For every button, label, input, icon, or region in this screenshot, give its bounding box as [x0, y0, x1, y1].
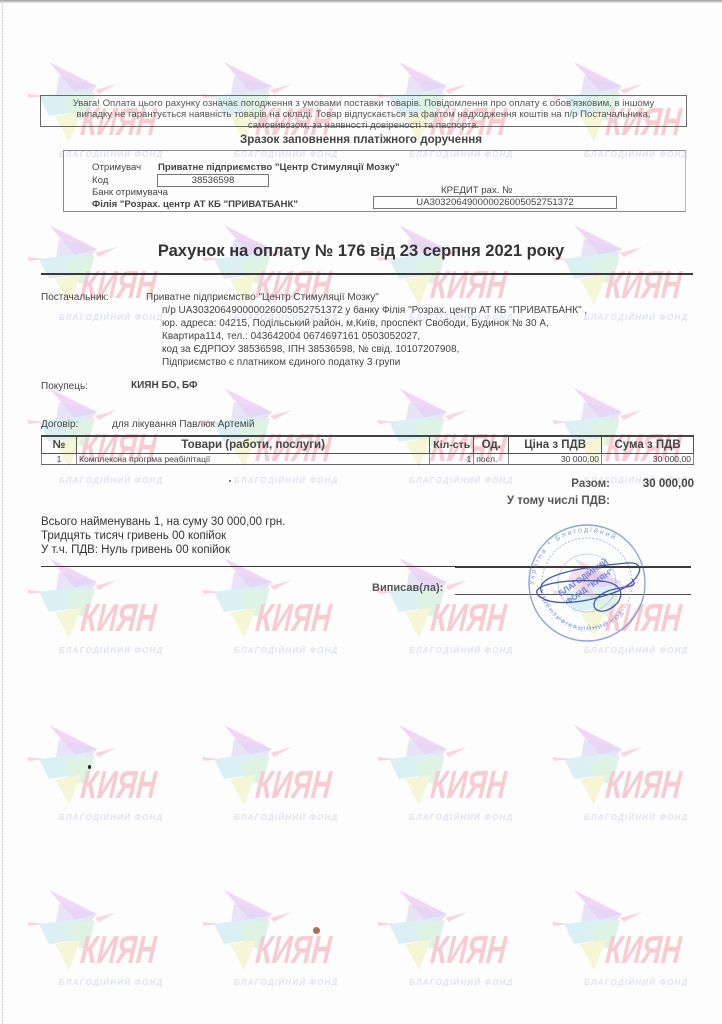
row-item: Комплексна прогрма реабілітації	[76, 454, 429, 465]
credit-account-field: UA303206490000026005052751372	[373, 196, 617, 209]
bank-value: Філія "Розрах. центр АТ КБ "ПРИВАТБАНК"	[92, 199, 298, 210]
title-divider	[41, 273, 693, 275]
col-header-price: Ціна з ПДВ	[509, 436, 602, 454]
recipient-label: Отримувач	[92, 162, 141, 173]
supplier-detail: юр. адреса: 04215, Подільський район, м.…	[162, 318, 549, 329]
invoice-document: Увага! Оплата цього рахунку означає пого…	[0, 0, 722, 1024]
notice-line: Увага! Оплата цього рахунку означає пого…	[41, 98, 686, 109]
table-row: 1 Комплексна прогрма реабілітації 1 посл…	[42, 454, 694, 465]
recipient-name: Приватне підприємство "Центр Стимуляції …	[158, 162, 400, 173]
payment-notice: Увага! Оплата цього рахунку означає пого…	[40, 95, 687, 127]
stamp-cross-line	[455, 567, 691, 568]
supplier-detail: п/р UA303206490000026005052751372 у банк…	[162, 305, 587, 316]
contract-label: Договір:	[41, 419, 78, 430]
total-value: 30 000,00	[600, 478, 694, 490]
row-sum: 30 000,00	[602, 454, 694, 465]
payment-sample-box: Отримувач Приватне підприємство "Центр С…	[63, 150, 686, 212]
supplier-name: Приватне підприємство "Центр Стимуляції …	[146, 292, 379, 303]
col-header-items: Товари (работи, послуги)	[76, 436, 429, 454]
row-price: 30 000,00	[509, 454, 602, 465]
summary-words: Тридцять тисяч гривень 00 копійок	[41, 530, 226, 542]
bank-label: Банк отримувача	[92, 187, 168, 198]
scan-speck	[88, 765, 91, 769]
payment-sample-title: Зразок заповнення платіжного доручення	[0, 133, 722, 146]
summary-vat: У т.ч. ПДВ: Нуль гривень 00 копійок	[41, 544, 230, 556]
row-unit: посл.	[474, 454, 509, 465]
supplier-detail: код за ЄДРПОУ 38536598, ІПН 38536598, № …	[162, 344, 459, 355]
summary-count: Всього найменувань 1, на суму 30 000,00 …	[41, 516, 285, 528]
stamp-icon: Україна * Благодійний ІДЕНТИФІКАЦІЙНИЙ К…	[512, 515, 662, 647]
code-field: 38536598	[157, 174, 269, 187]
signed-by-label: Виписав(ла):	[372, 582, 443, 594]
row-qty: 1	[430, 454, 474, 465]
scan-speck	[313, 927, 320, 934]
supplier-detail: Квартира114, тел.: 043642004 0674697161 …	[162, 331, 420, 342]
col-header-unit: Од.	[474, 436, 509, 454]
col-header-number: №	[42, 436, 77, 454]
total-label: Разом:	[500, 478, 610, 490]
table-header-row: № Товари (работи, послуги) Кіл-сть Од. Ц…	[42, 436, 694, 454]
code-label: Код	[92, 175, 108, 186]
notice-line: самовивозом, за наявності довіреності та…	[41, 120, 686, 131]
buyer-value: КИЯН БО, БФ	[131, 380, 198, 391]
col-header-sum: Сума з ПДВ	[602, 436, 694, 454]
notice-line: випадку не гарантується наявність товарі…	[41, 109, 686, 120]
col-header-qty: Кіл-сть	[430, 436, 474, 454]
vat-label: У тому числі ПДВ:	[440, 495, 610, 507]
scan-speck	[229, 480, 231, 482]
row-number: 1	[42, 454, 77, 465]
invoice-title: Рахунок на оплату № 176 від 23 серпня 20…	[0, 242, 722, 261]
contract-value: для лікування Павлюк Артемій	[112, 419, 254, 430]
credit-label: КРЕДИТ рах. №	[441, 185, 512, 196]
items-table: № Товари (работи, послуги) Кіл-сть Од. Ц…	[41, 435, 694, 465]
buyer-label: Покупець:	[41, 381, 88, 392]
supplier-detail: Підприємство є платником єдиного податку…	[162, 357, 400, 368]
supplier-label: Постачальник:	[41, 292, 109, 303]
recipient-value: Приватне підприємство "Центр Стимуляції …	[158, 162, 400, 173]
organization-stamp: Україна * Благодійний ІДЕНТИФІКАЦІЙНИЙ К…	[512, 515, 662, 647]
